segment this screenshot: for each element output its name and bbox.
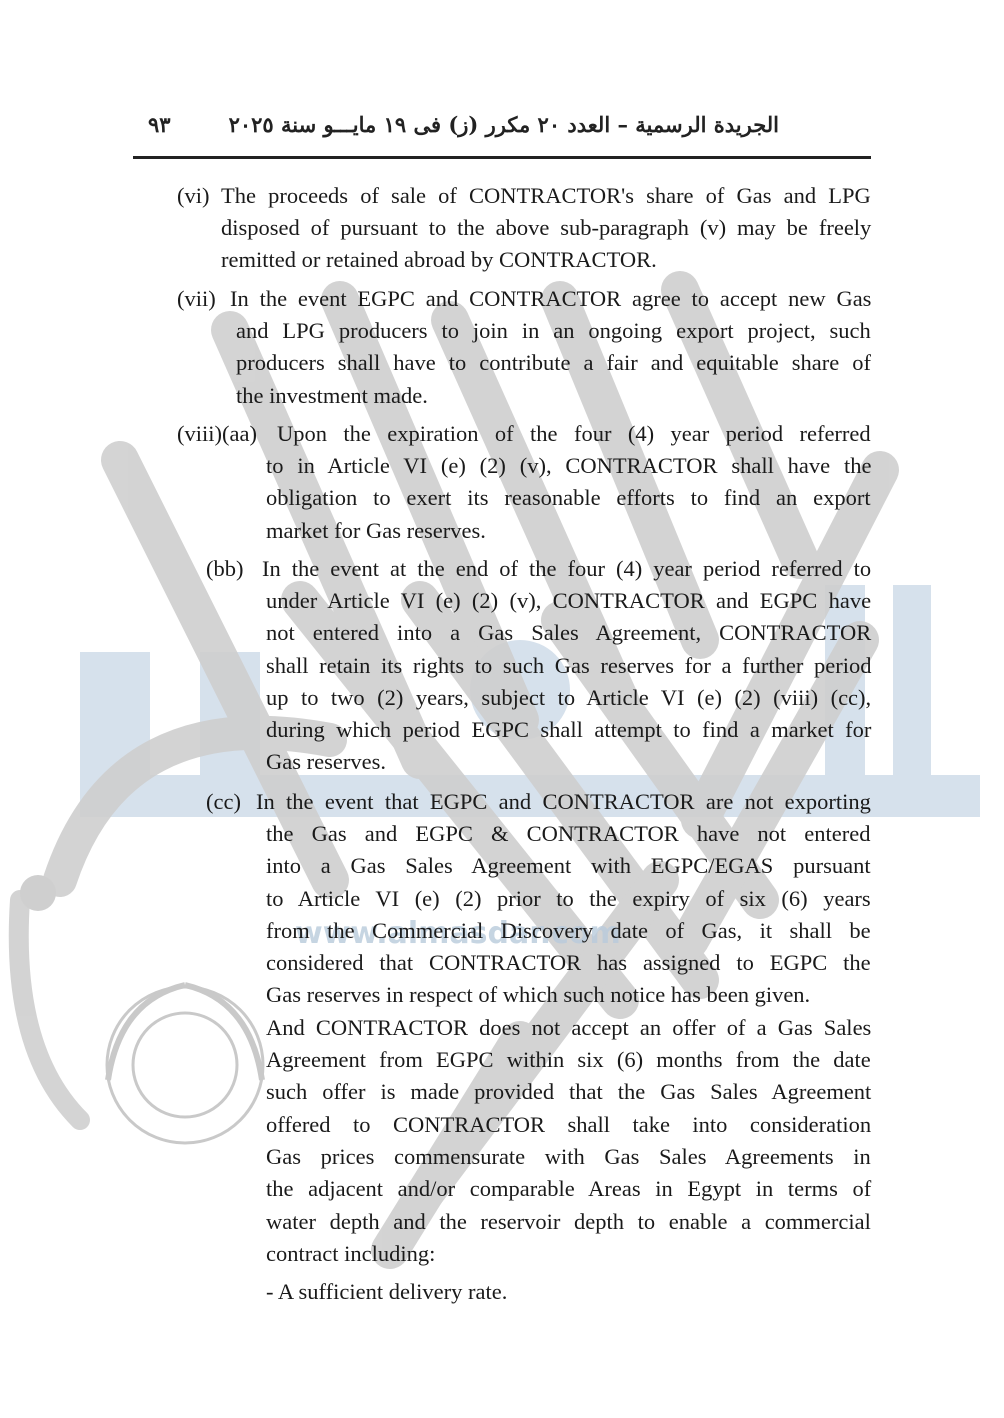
- clause-label: (cc): [206, 786, 241, 818]
- clause-line: not entered into a Gas Sales Agreement, …: [266, 617, 871, 649]
- clause-line: the investment made.: [236, 380, 871, 412]
- clause-line: The proceeds of sale of CONTRACTOR's sha…: [221, 180, 871, 212]
- bullet-item: - A sufficient delivery rate.: [266, 1276, 871, 1308]
- clause-label: (bb): [206, 553, 244, 585]
- clause-label: (vii): [177, 283, 216, 315]
- page-header: الجريدة الرسمية – العدد ٢٠ مكرر (ز) فى ١…: [133, 112, 871, 152]
- clause-line: shall retain its rights to such Gas rese…: [266, 650, 871, 682]
- clause-line: considered that CONTRACTOR has assigned …: [266, 947, 871, 979]
- clause-line: In the event at the end of the four (4) …: [262, 553, 871, 585]
- clause-line: such offer is made provided that the Gas…: [266, 1076, 871, 1108]
- clause-label: (viii)(aa): [177, 418, 257, 450]
- clause-line: Upon the expiration of the four (4) year…: [277, 418, 871, 450]
- clause-line: market for Gas reserves.: [266, 515, 871, 547]
- clause-line: obligation to exert its reasonable effor…: [266, 482, 871, 514]
- page-number: ٩٣: [148, 112, 171, 137]
- clause-line: water depth and the reservoir depth to e…: [266, 1206, 871, 1238]
- clause-line: producers shall have to contribute a fai…: [236, 347, 871, 379]
- clause-line: during which period EGPC shall attempt t…: [266, 714, 871, 746]
- clause-line: In the event that EGPC and CONTRACTOR ar…: [256, 786, 871, 818]
- clause-line: the Gas and EGPC & CONTRACTOR have not e…: [266, 818, 871, 850]
- clause-line: In the event EGPC and CONTRACTOR agree t…: [230, 283, 871, 315]
- clause-line: the adjacent and/or comparable Areas in …: [266, 1173, 871, 1205]
- clause-line: to Article VI (e) (2) prior to the expir…: [266, 883, 871, 915]
- clause-line: from the Commercial Discovery date of Ga…: [266, 915, 871, 947]
- clause-line: under Article VI (e) (2) (v), CONTRACTOR…: [266, 585, 871, 617]
- clause-label: (vi): [177, 180, 210, 212]
- clause-line: contract including:: [266, 1238, 871, 1270]
- clause-line: disposed of pursuant to the above sub-pa…: [221, 212, 871, 244]
- clause-line: up to two (2) years, subject to Article …: [266, 682, 871, 714]
- clause-line: into a Gas Sales Agreement with EGPC/EGA…: [266, 850, 871, 882]
- clause-line: And CONTRACTOR does not accept an offer …: [266, 1012, 871, 1044]
- header-rule: [133, 156, 871, 159]
- clause-line: to in Article VI (e) (2) (v), CONTRACTOR…: [266, 450, 871, 482]
- clause-line: remitted or retained abroad by CONTRACTO…: [221, 244, 871, 276]
- bullet-list: - A sufficient delivery rate.: [266, 1276, 871, 1308]
- clause-line: Gas reserves in respect of which such no…: [266, 979, 871, 1011]
- clause-line: and LPG producers to join in an ongoing …: [236, 315, 871, 347]
- clause-line: Agreement from EGPC within six (6) month…: [266, 1044, 871, 1076]
- clause-line: Gas reserves.: [266, 746, 871, 778]
- clause-line: offered to CONTRACTOR shall take into co…: [266, 1109, 871, 1141]
- clause-line: Gas prices commensurate with Gas Sales A…: [266, 1141, 871, 1173]
- watermark-seal: [107, 985, 263, 1143]
- gazette-title: الجريدة الرسمية – العدد ٢٠ مكرر (ز) فى ١…: [229, 112, 779, 137]
